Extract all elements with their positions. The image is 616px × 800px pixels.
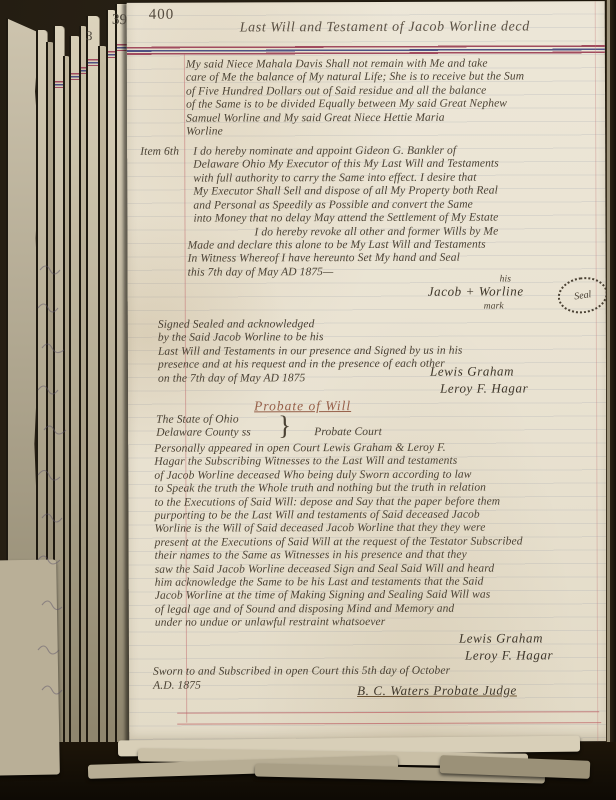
seal-label: Seal — [573, 289, 592, 302]
behind-page-number-398: 39 — [112, 12, 128, 30]
court-label: Probate Court — [314, 426, 382, 440]
sworn-line-1: Sworn to and Subscribed in open Court th… — [153, 664, 583, 679]
county-line: Delaware County ss — [156, 426, 251, 440]
attestation-witness-signature-1: Lewis Graham — [430, 364, 514, 378]
right-page-edge — [607, 0, 610, 760]
page-number: 400 — [149, 7, 175, 24]
ledger-book: 39 3 400 Last Will and Testament of Jaco… — [0, 0, 616, 800]
ledger-page: 400 Last Will and Testament of Jacob Wor… — [127, 1, 608, 743]
item6-label: Item 6th — [140, 146, 179, 160]
probate-paragraph: Personally appeared in open Court Lewis … — [154, 441, 607, 630]
attestation-witness-signature-2: Leroy F. Hagar — [440, 381, 528, 395]
probate-witness-signature-1: Lewis Graham — [459, 631, 543, 645]
book-right-edge — [606, 0, 616, 800]
attestation-paragraph: Signed Sealed and acknowledged by the Sa… — [158, 317, 578, 385]
seal: Seal — [555, 274, 610, 317]
bottom-rule-2 — [177, 722, 601, 724]
item6-paragraph: I do hereby nominate and appoint Gideon … — [193, 144, 601, 226]
header-rule — [127, 44, 605, 56]
residue-paragraph: My said Niece Mahala Davis Shall not rem… — [186, 57, 598, 139]
testator-signature: Jacob + Worline — [428, 284, 524, 298]
testator-mark: mark — [484, 301, 504, 314]
caption-brace: } — [278, 410, 291, 441]
revocation-paragraph: Made and declare this alone to be My Las… — [188, 238, 598, 280]
probate-witness-signature-2: Leroy F. Hagar — [465, 648, 553, 662]
judge-signature: B. C. Waters Probate Judge — [357, 683, 517, 697]
state-line: The State of Ohio — [156, 413, 239, 427]
edge-handwriting-squiggles — [28, 260, 98, 720]
behind-page-number-3: 3 — [86, 28, 93, 44]
probate-heading: Probate of Will — [254, 398, 351, 414]
sworn-line-2: A.D. 1875 — [153, 680, 201, 694]
bottom-rule-1 — [177, 711, 599, 713]
header-title: Last Will and Testament of Jacob Worline… — [185, 19, 585, 36]
